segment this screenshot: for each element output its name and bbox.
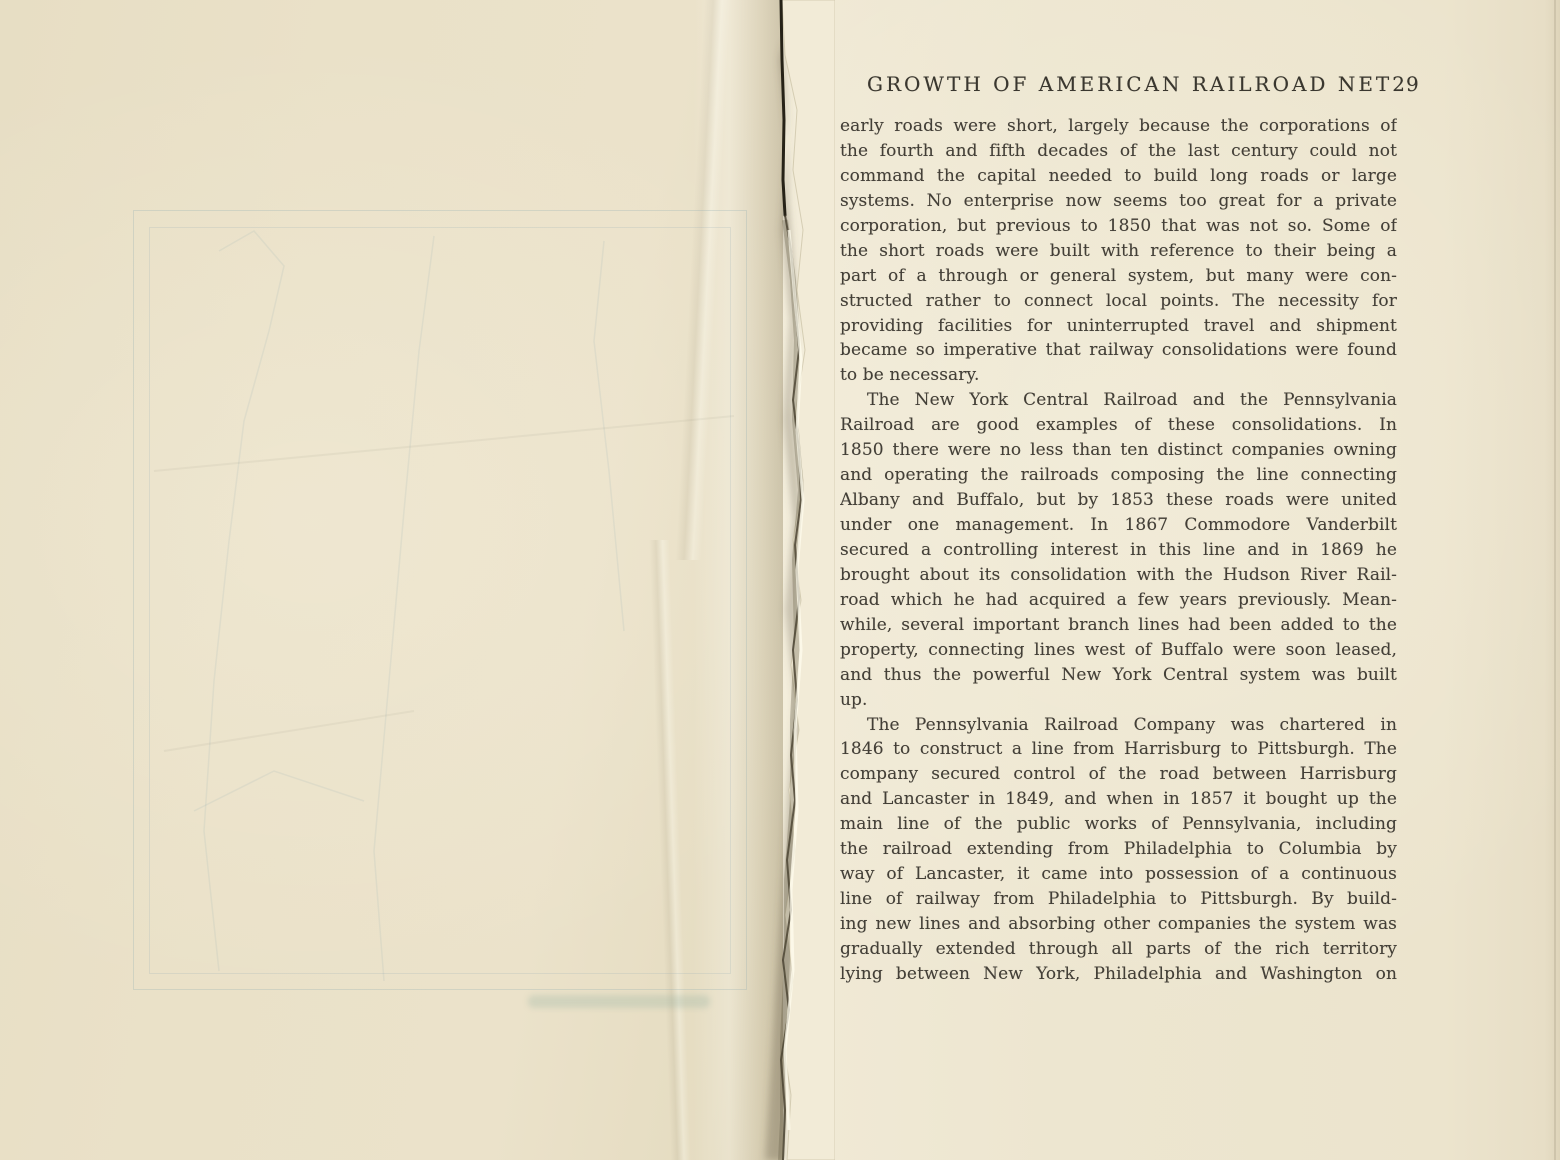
paragraph: The Pennsylvania Railroad Company was ch… (840, 713, 1397, 987)
map-show-through (133, 210, 747, 990)
text-line: Albany and Buffalo, but by 1853 these ro… (840, 488, 1397, 513)
text-line: to be necessary. (840, 363, 1397, 388)
right-page: GROWTH OF AMERICAN RAILROAD NET 29 early… (783, 0, 1560, 1160)
text-line: the short roads were built with referenc… (840, 239, 1397, 264)
text-line: under one management. In 1867 Commodore … (840, 513, 1397, 538)
text-line: company secured control of the road betw… (840, 762, 1397, 787)
gutter-tear (735, 0, 835, 1160)
text-line: The Pennsylvania Railroad Company was ch… (840, 713, 1397, 738)
text-line: while, several important branch lines ha… (840, 613, 1397, 638)
text-line: brought about its consolidation with the… (840, 563, 1397, 588)
map-show-through-lines (134, 211, 748, 991)
text-line: the fourth and fifth decades of the last… (840, 139, 1397, 164)
text-line: up. (840, 688, 1397, 713)
text-line: line of railway from Philadelphia to Pit… (840, 887, 1397, 912)
text-line: main line of the public works of Pennsyl… (840, 812, 1397, 837)
left-page (0, 0, 783, 1160)
paragraph: The New York Central Railroad and the Pe… (840, 388, 1397, 712)
text-line: ing new lines and absorbing other compan… (840, 912, 1397, 937)
page-number: 29 (1392, 72, 1419, 96)
text-line: and thus the powerful New York Central s… (840, 663, 1397, 688)
show-through-caption (528, 995, 710, 1008)
text-line: way of Lancaster, it came into possessio… (840, 862, 1397, 887)
text-line: road which he had acquired a few years p… (840, 588, 1397, 613)
text-line: providing facilities for uninterrupted t… (840, 314, 1397, 339)
text-line: structed rather to connect local points.… (840, 289, 1397, 314)
header-title: GROWTH OF AMERICAN RAILROAD NET (867, 72, 1392, 96)
book-scan: GROWTH OF AMERICAN RAILROAD NET 29 early… (0, 0, 1560, 1160)
text-line: The New York Central Railroad and the Pe… (840, 388, 1397, 413)
text-line: lying between New York, Philadelphia and… (840, 962, 1397, 987)
text-line: and Lancaster in 1849, and when in 1857 … (840, 787, 1397, 812)
page-edge-line (1554, 0, 1556, 1160)
body-text: early roads were short, largely because … (840, 114, 1397, 987)
text-line: command the capital needed to build long… (840, 164, 1397, 189)
text-line: 1846 to construct a line from Harrisburg… (840, 737, 1397, 762)
text-line: Railroad are good examples of these cons… (840, 413, 1397, 438)
text-line: and operating the railroads composing th… (840, 463, 1397, 488)
paragraph: early roads were short, largely because … (840, 114, 1397, 388)
text-line: gradually extended through all parts of … (840, 937, 1397, 962)
text-line: 1850 there were no less than ten distinc… (840, 438, 1397, 463)
running-header: GROWTH OF AMERICAN RAILROAD NET 29 (840, 72, 1397, 96)
text-line: property, connecting lines west of Buffa… (840, 638, 1397, 663)
text-line: became so imperative that railway consol… (840, 338, 1397, 363)
text-line: early roads were short, largely because … (840, 114, 1397, 139)
text-line: systems. No enterprise now seems too gre… (840, 189, 1397, 214)
text-line: secured a controlling interest in this l… (840, 538, 1397, 563)
text-line: corporation, but previous to 1850 that w… (840, 214, 1397, 239)
text-line: part of a through or general system, but… (840, 264, 1397, 289)
text-line: the railroad extending from Philadelphia… (840, 837, 1397, 862)
